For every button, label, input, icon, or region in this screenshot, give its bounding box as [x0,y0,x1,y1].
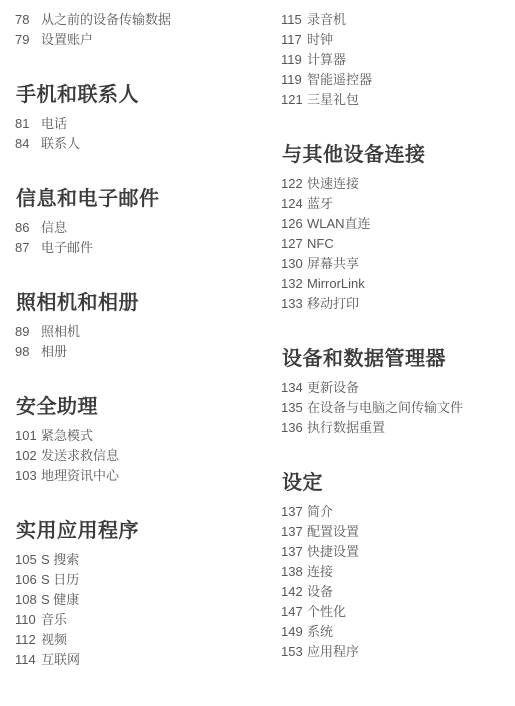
toc-page-number: 137 [281,542,307,562]
toc-section: 与其他设备连接122快速连接124蓝牙126WLAN直连127NFC130屏幕共… [281,142,511,314]
toc-entry[interactable]: 101紧急模式 [15,426,267,446]
toc-entry-label: S 健康 [41,590,267,610]
toc-page-number: 127 [281,234,307,254]
section-heading: 实用应用程序 [16,518,267,544]
toc-entry[interactable]: 117时钟 [281,30,511,50]
toc-entry-label: 音乐 [41,610,267,630]
toc-section: 115录音机117时钟119计算器119智能遥控器121三星礼包 [281,10,511,110]
toc-section: 信息和电子邮件86信息87电子邮件 [15,186,267,258]
toc-page-number: 110 [15,610,41,630]
toc-page-number: 122 [281,174,307,194]
toc-section: 78从之前的设备传输数据79设置账户 [15,10,267,50]
toc-entry[interactable]: 136执行数据重置 [281,418,511,438]
toc-entry[interactable]: 147个性化 [281,602,511,622]
toc-section: 手机和联系人81电话84联系人 [15,82,267,154]
section-heading: 手机和联系人 [16,82,267,108]
toc-entry-label: 移动打印 [307,294,511,314]
section-heading: 设备和数据管理器 [282,346,511,372]
toc-entry[interactable]: 126WLAN直连 [281,214,511,234]
toc-entry-label: NFC [307,234,511,254]
toc-page: 78从之前的设备传输数据79设置账户手机和联系人81电话84联系人信息和电子邮件… [0,0,515,706]
toc-page-number: 137 [281,502,307,522]
toc-entry[interactable]: 124蓝牙 [281,194,511,214]
toc-entry[interactable]: 89照相机 [15,322,267,342]
toc-page-number: 79 [15,30,41,50]
toc-entry-label: 应用程序 [307,642,511,662]
toc-page-number: 126 [281,214,307,234]
toc-entry[interactable]: 106S 日历 [15,570,267,590]
toc-page-number: 137 [281,522,307,542]
toc-entry[interactable]: 115录音机 [281,10,511,30]
toc-page-number: 106 [15,570,41,590]
section-heading: 设定 [282,470,511,496]
toc-entry[interactable]: 114互联网 [15,650,267,670]
toc-page-number: 89 [15,322,41,342]
toc-entry[interactable]: 103地理资讯中心 [15,466,267,486]
toc-page-number: 78 [15,10,41,30]
toc-entry[interactable]: 119计算器 [281,50,511,70]
toc-page-number: 102 [15,446,41,466]
toc-entry-label: 录音机 [307,10,511,30]
toc-entry-label: 在设备与电脑之间传输文件 [307,398,511,418]
toc-entry[interactable]: 121三星礼包 [281,90,511,110]
toc-page-number: 112 [15,630,41,650]
toc-entry-label: 快捷设置 [307,542,511,562]
toc-page-number: 119 [281,70,307,90]
toc-entry[interactable]: 130屏幕共享 [281,254,511,274]
toc-entry[interactable]: 138连接 [281,562,511,582]
toc-entry[interactable]: 134更新设备 [281,378,511,398]
toc-entry-label: 蓝牙 [307,194,511,214]
toc-page-number: 101 [15,426,41,446]
toc-entry[interactable]: 132MirrorLink [281,274,511,294]
toc-page-number: 98 [15,342,41,362]
toc-entry-label: 智能遥控器 [307,70,511,90]
toc-page-number: 84 [15,134,41,154]
toc-column-right: 115录音机117时钟119计算器119智能遥控器121三星礼包与其他设备连接1… [281,10,511,662]
toc-column-left: 78从之前的设备传输数据79设置账户手机和联系人81电话84联系人信息和电子邮件… [15,10,267,670]
toc-entry-label: 互联网 [41,650,267,670]
toc-entry[interactable]: 81电话 [15,114,267,134]
toc-entry[interactable]: 142设备 [281,582,511,602]
toc-page-number: 147 [281,602,307,622]
toc-entry-label: 信息 [41,218,267,238]
toc-entry-label: 快速连接 [307,174,511,194]
toc-entry[interactable]: 135在设备与电脑之间传输文件 [281,398,511,418]
toc-page-number: 133 [281,294,307,314]
toc-entry[interactable]: 78从之前的设备传输数据 [15,10,267,30]
toc-entry-label: 简介 [307,502,511,522]
toc-entry[interactable]: 137简介 [281,502,511,522]
toc-page-number: 135 [281,398,307,418]
toc-entry-label: 联系人 [41,134,267,154]
toc-entry[interactable]: 108S 健康 [15,590,267,610]
toc-entry-label: 计算器 [307,50,511,70]
toc-page-number: 153 [281,642,307,662]
toc-page-number: 142 [281,582,307,602]
toc-entry-label: S 日历 [41,570,267,590]
toc-page-number: 103 [15,466,41,486]
section-heading: 信息和电子邮件 [16,186,267,212]
toc-entry-label: 从之前的设备传输数据 [41,10,267,30]
toc-entry[interactable]: 127NFC [281,234,511,254]
toc-entry-label: 地理资讯中心 [41,466,267,486]
toc-page-number: 114 [15,650,41,670]
toc-page-number: 149 [281,622,307,642]
toc-entry-label: 连接 [307,562,511,582]
toc-entry[interactable]: 137配置设置 [281,522,511,542]
toc-entry-label: S 搜索 [41,550,267,570]
toc-page-number: 108 [15,590,41,610]
toc-page-number: 115 [281,10,307,30]
toc-section: 设备和数据管理器134更新设备135在设备与电脑之间传输文件136执行数据重置 [281,346,511,438]
toc-entry-label: 相册 [41,342,267,362]
toc-page-number: 81 [15,114,41,134]
toc-section: 实用应用程序105S 搜索106S 日历108S 健康110音乐112视频114… [15,518,267,670]
toc-entry-label: 设置账户 [41,30,267,50]
toc-entry[interactable]: 149系统 [281,622,511,642]
toc-entry-label: 系统 [307,622,511,642]
toc-entry-label: MirrorLink [307,274,511,294]
section-heading: 与其他设备连接 [282,142,511,168]
toc-page-number: 105 [15,550,41,570]
toc-entry-label: 更新设备 [307,378,511,398]
toc-section: 安全助理101紧急模式102发送求救信息103地理资讯中心 [15,394,267,486]
toc-entry-label: 视频 [41,630,267,650]
toc-page-number: 117 [281,30,307,50]
toc-page-number: 87 [15,238,41,258]
toc-entry[interactable]: 98相册 [15,342,267,362]
toc-entry[interactable]: 153应用程序 [281,642,511,662]
toc-page-number: 86 [15,218,41,238]
toc-page-number: 136 [281,418,307,438]
toc-section: 照相机和相册89照相机98相册 [15,290,267,362]
toc-entry-label: 照相机 [41,322,267,342]
toc-section: 设定137简介137配置设置137快捷设置138连接142设备147个性化149… [281,470,511,662]
toc-page-number: 121 [281,90,307,110]
toc-entry[interactable]: 102发送求救信息 [15,446,267,466]
toc-entry-label: 设备 [307,582,511,602]
toc-entry-label: 电话 [41,114,267,134]
toc-page-number: 138 [281,562,307,582]
toc-page-number: 134 [281,378,307,398]
toc-entry[interactable]: 119智能遥控器 [281,70,511,90]
toc-entry-label: 紧急模式 [41,426,267,446]
toc-entry-label: 屏幕共享 [307,254,511,274]
toc-entry-label: 三星礼包 [307,90,511,110]
toc-entry[interactable]: 133移动打印 [281,294,511,314]
toc-page-number: 124 [281,194,307,214]
toc-page-number: 132 [281,274,307,294]
section-heading: 安全助理 [16,394,267,420]
toc-entry-label: 执行数据重置 [307,418,511,438]
toc-entry[interactable]: 110音乐 [15,610,267,630]
toc-entry[interactable]: 105S 搜索 [15,550,267,570]
toc-entry[interactable]: 87电子邮件 [15,238,267,258]
toc-entry[interactable]: 137快捷设置 [281,542,511,562]
toc-entry-label: 个性化 [307,602,511,622]
toc-entry[interactable]: 79设置账户 [15,30,267,50]
toc-entry[interactable]: 86信息 [15,218,267,238]
toc-entry-label: 电子邮件 [41,238,267,258]
toc-entry-label: 时钟 [307,30,511,50]
toc-entry[interactable]: 112视频 [15,630,267,650]
toc-entry-label: 配置设置 [307,522,511,542]
toc-entry[interactable]: 122快速连接 [281,174,511,194]
toc-entry[interactable]: 84联系人 [15,134,267,154]
toc-page-number: 130 [281,254,307,274]
toc-page-number: 119 [281,50,307,70]
toc-entry-label: 发送求救信息 [41,446,267,466]
toc-entry-label: WLAN直连 [307,214,511,234]
section-heading: 照相机和相册 [16,290,267,316]
